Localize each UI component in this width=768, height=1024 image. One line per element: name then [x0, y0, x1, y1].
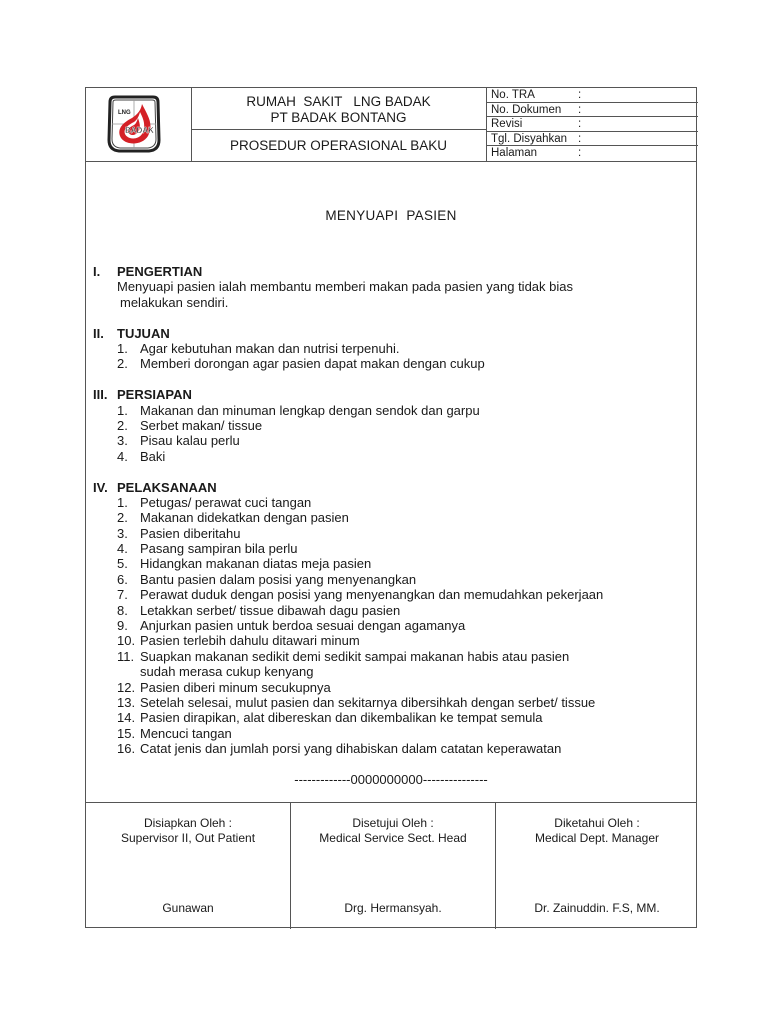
- signature-name: Gunawan: [86, 901, 290, 916]
- section-title: TUJUAN: [117, 326, 170, 341]
- signature-caption: Diketahui Oleh :: [496, 816, 698, 831]
- meta-label: Revisi: [491, 117, 522, 131]
- list-item: 3.Pasien diberitahu: [93, 526, 683, 541]
- meta-colon: :: [578, 132, 581, 146]
- document-meta-table: No. TRA : No. Dokumen : Revisi : Tgl. Di…: [486, 88, 698, 161]
- list-item-text: Petugas/ perawat cuci tangan: [140, 495, 311, 510]
- list-item-continuation: sudah merasa cukup kenyang: [93, 664, 683, 679]
- signature-role: Medical Dept. Manager: [496, 831, 698, 846]
- list-item-text: Pasien terlebih dahulu ditawari minum: [140, 633, 360, 648]
- list-item: 16.Catat jenis dan jumlah porsi yang dih…: [93, 741, 683, 756]
- list-item-text: Pisau kalau perlu: [140, 433, 240, 448]
- organization-line-1: RUMAH SAKIT LNG BADAK: [191, 94, 486, 110]
- list-item-number: 8.: [117, 603, 128, 618]
- list-item-text: Makanan didekatkan dengan pasien: [140, 510, 349, 525]
- list-item-number: 1.: [117, 341, 128, 356]
- section-number: II.: [93, 326, 104, 341]
- list-item-number: 7.: [117, 587, 128, 602]
- signature-role: Medical Service Sect. Head: [291, 831, 495, 846]
- list-item-number: 6.: [117, 572, 128, 587]
- signature-acknowledged-by: Diketahui Oleh : Medical Dept. Manager D…: [496, 803, 698, 929]
- meta-row-no-dokumen: No. Dokumen :: [486, 103, 698, 118]
- list-item-number: 5.: [117, 556, 128, 571]
- list-item-number: 4.: [117, 541, 128, 556]
- document-header: LNG BADAK RUMAH SAKIT LNG BADAK PT BADAK…: [86, 88, 696, 162]
- list-item-text: Mencuci tangan: [140, 726, 232, 741]
- list-item: 9.Anjurkan pasien untuk berdoa sesuai de…: [93, 618, 683, 633]
- lng-badak-logo-icon: LNG BADAK: [104, 94, 164, 154]
- list-item-text: Pasien diberitahu: [140, 526, 240, 541]
- list-item: 15.Mencuci tangan: [93, 726, 683, 741]
- list-item-text: Pasien dirapikan, alat dibereskan dan di…: [140, 710, 543, 725]
- definition-text-line-1: Menyuapi pasien ialah membantu memberi m…: [93, 279, 683, 294]
- signature-table: Disiapkan Oleh : Supervisor II, Out Pati…: [86, 802, 696, 929]
- section-number: III.: [93, 387, 107, 402]
- meta-label: No. TRA: [491, 88, 535, 102]
- meta-row-revisi: Revisi :: [486, 117, 698, 132]
- section-title: PENGERTIAN: [117, 264, 202, 279]
- document-frame: LNG BADAK RUMAH SAKIT LNG BADAK PT BADAK…: [85, 87, 697, 928]
- list-item-number: 1.: [117, 403, 128, 418]
- meta-colon: :: [578, 117, 581, 131]
- meta-colon: :: [578, 146, 581, 160]
- list-item: 12.Pasien diberi minum secukupnya: [93, 680, 683, 695]
- list-item-number: 9.: [117, 618, 128, 633]
- signature-approved-by: Disetujui Oleh : Medical Service Sect. H…: [291, 803, 496, 929]
- list-item-text: Makanan dan minuman lengkap dengan sendo…: [140, 403, 480, 418]
- list-item: 1.Makanan dan minuman lengkap dengan sen…: [93, 403, 683, 418]
- list-item-number: 3.: [117, 526, 128, 541]
- list-item-text: Bantu pasien dalam posisi yang menyenang…: [140, 572, 416, 587]
- section-number: I.: [93, 264, 100, 279]
- list-item-number: 13.: [117, 695, 135, 710]
- header-title-block: RUMAH SAKIT LNG BADAK PT BADAK BONTANG P…: [191, 88, 487, 161]
- persiapan-list: 1.Makanan dan minuman lengkap dengan sen…: [93, 403, 683, 465]
- organization-name: RUMAH SAKIT LNG BADAK PT BADAK BONTANG: [191, 88, 486, 130]
- meta-label: No. Dokumen: [491, 103, 561, 117]
- list-item-text: Memberi dorongan agar pasien dapat makan…: [140, 356, 485, 371]
- meta-row-no-tra: No. TRA :: [486, 88, 698, 103]
- meta-label: Tgl. Disyahkan: [491, 132, 567, 146]
- list-item-text: Pasien diberi minum secukupnya: [140, 680, 331, 695]
- list-item-text: Catat jenis dan jumlah porsi yang dihabi…: [140, 741, 561, 756]
- list-item-text: Serbet makan/ tissue: [140, 418, 262, 433]
- list-item-text: Perawat duduk dengan posisi yang menyena…: [140, 587, 603, 602]
- list-item: 11.Suapkan makanan sedikit demi sedikit …: [93, 649, 683, 664]
- list-item: 2.Memberi dorongan agar pasien dapat mak…: [93, 356, 683, 371]
- meta-row-tgl-disyahkan: Tgl. Disyahkan :: [486, 132, 698, 147]
- meta-label: Halaman: [491, 146, 537, 160]
- list-item: 10.Pasien terlebih dahulu ditawari minum: [93, 633, 683, 648]
- section-number: IV.: [93, 480, 108, 495]
- list-item: 4.Baki: [93, 449, 683, 464]
- list-item: 14.Pasien dirapikan, alat dibereskan dan…: [93, 710, 683, 725]
- definition-text-line-2: melakukan sendiri.: [93, 295, 683, 310]
- list-item: 1.Petugas/ perawat cuci tangan: [93, 495, 683, 510]
- meta-row-halaman: Halaman :: [486, 146, 698, 161]
- document-title: MENYUAPI PASIEN: [86, 208, 696, 223]
- list-item-number: 4.: [117, 449, 128, 464]
- list-item-text: Hidangkan makanan diatas meja pasien: [140, 556, 371, 571]
- tujuan-list: 1.Agar kebutuhan makan dan nutrisi terpe…: [93, 341, 683, 372]
- list-item-number: 1.: [117, 495, 128, 510]
- list-item-number: 16.: [117, 741, 135, 756]
- section-title: PELAKSANAAN: [117, 480, 217, 495]
- document-body: I. PENGERTIAN Menyuapi pasien ialah memb…: [93, 264, 683, 757]
- signature-name: Drg. Hermansyah.: [291, 901, 495, 916]
- list-item-text: Suapkan makanan sedikit demi sedikit sam…: [140, 649, 569, 664]
- list-item: 13.Setelah selesai, mulut pasien dan sek…: [93, 695, 683, 710]
- section-title: PERSIAPAN: [117, 387, 192, 402]
- document-type: PROSEDUR OPERASIONAL BAKU: [191, 131, 486, 161]
- list-item-text: Pasang sampiran bila perlu: [140, 541, 298, 556]
- list-item-number: 15.: [117, 726, 135, 741]
- signature-name: Dr. Zainuddin. F.S, MM.: [496, 901, 698, 916]
- list-item: 2.Serbet makan/ tissue: [93, 418, 683, 433]
- section-heading-tujuan: II. TUJUAN: [93, 326, 683, 341]
- meta-colon: :: [578, 88, 581, 102]
- section-heading-pelaksanaan: IV. PELAKSANAAN: [93, 480, 683, 495]
- meta-colon: :: [578, 103, 581, 117]
- list-item-number: 2.: [117, 356, 128, 371]
- list-item: 3.Pisau kalau perlu: [93, 433, 683, 448]
- section-heading-pengertian: I. PENGERTIAN: [93, 264, 683, 279]
- section-heading-persiapan: III. PERSIAPAN: [93, 387, 683, 402]
- list-item: 2.Makanan didekatkan dengan pasien: [93, 510, 683, 525]
- signature-role: Supervisor II, Out Patient: [86, 831, 290, 846]
- list-item: 6.Bantu pasien dalam posisi yang menyena…: [93, 572, 683, 587]
- signature-caption: Disiapkan Oleh :: [86, 816, 290, 831]
- list-item-text: Agar kebutuhan makan dan nutrisi terpenu…: [140, 341, 399, 356]
- list-item-number: 2.: [117, 510, 128, 525]
- list-item: 7.Perawat duduk dengan posisi yang menye…: [93, 587, 683, 602]
- list-item-text: Anjurkan pasien untuk berdoa sesuai deng…: [140, 618, 465, 633]
- logo-cell: LNG BADAK: [86, 88, 192, 161]
- svg-text:BADAK: BADAK: [125, 126, 154, 135]
- list-item: 4.Pasang sampiran bila perlu: [93, 541, 683, 556]
- end-separator: -------------0000000000---------------: [86, 772, 696, 787]
- list-item-number: 14.: [117, 710, 135, 725]
- organization-line-2: PT BADAK BONTANG: [191, 110, 486, 126]
- list-item-text: Setelah selesai, mulut pasien dan sekita…: [140, 695, 595, 710]
- list-item-number: 3.: [117, 433, 128, 448]
- list-item: 8.Letakkan serbet/ tissue dibawah dagu p…: [93, 603, 683, 618]
- pelaksanaan-list: 1.Petugas/ perawat cuci tangan2.Makanan …: [93, 495, 683, 757]
- list-item-number: 11.: [117, 649, 134, 664]
- list-item-number: 10.: [117, 633, 135, 648]
- list-item: 5.Hidangkan makanan diatas meja pasien: [93, 556, 683, 571]
- list-item: 1.Agar kebutuhan makan dan nutrisi terpe…: [93, 341, 683, 356]
- svg-text:LNG: LNG: [118, 110, 131, 116]
- list-item-text: Letakkan serbet/ tissue dibawah dagu pas…: [140, 603, 400, 618]
- signature-caption: Disetujui Oleh :: [291, 816, 495, 831]
- list-item-number: 12.: [117, 680, 135, 695]
- list-item-text: Baki: [140, 449, 165, 464]
- list-item-number: 2.: [117, 418, 128, 433]
- signature-prepared-by: Disiapkan Oleh : Supervisor II, Out Pati…: [86, 803, 291, 929]
